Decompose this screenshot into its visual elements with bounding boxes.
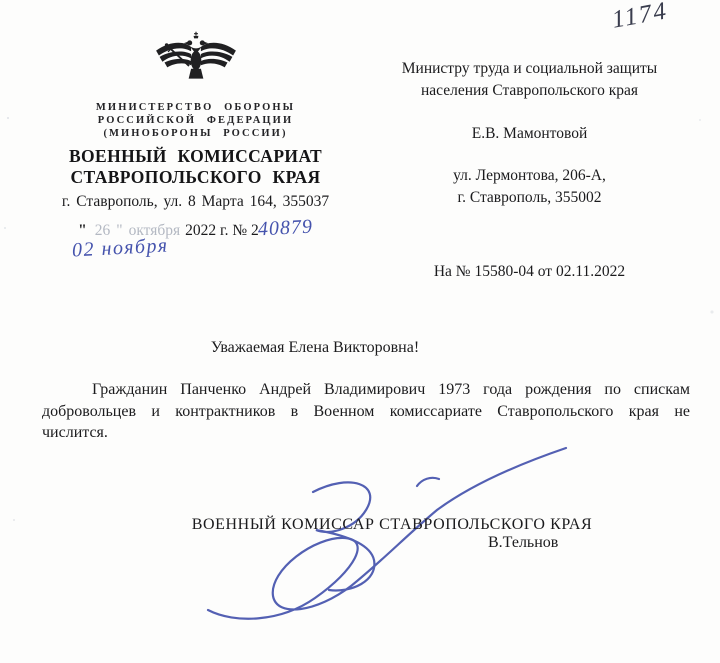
recipient-block: Министру труда и социальной защиты насел… bbox=[372, 58, 687, 283]
date-open-quote: " bbox=[78, 222, 87, 239]
greeting-line: Уважаемая Елена Викторовна! bbox=[42, 337, 588, 358]
recipient-address-line2: г. Ставрополь, 355002 bbox=[372, 187, 687, 209]
incoming-number-handwritten: 1174 bbox=[610, 0, 670, 35]
body-paragraph: Гражданин Панченко Андрей Владимирович 1… bbox=[42, 379, 690, 444]
org-name-line1: ВОЕННЫЙ КОМИССАРИАТ bbox=[28, 146, 363, 167]
scanned-letter-page: 1174 bbox=[0, 0, 720, 663]
signer-title: ВОЕННЫЙ КОМИССАР СТАВРОПОЛЬСКОГО КРАЯ bbox=[178, 516, 606, 534]
signer-name: В.Тельнов bbox=[488, 534, 588, 552]
paragraph-line: добровольцев и контрактников в Военном к… bbox=[42, 401, 690, 423]
faint-printed-day: 26 bbox=[95, 222, 111, 239]
letterhead-block: МИНИСТЕРСТВО ОБОРОНЫ РОССИЙСКОЙ ФЕДЕРАЦИ… bbox=[28, 30, 363, 241]
org-name-line2: СТАВРОПОЛЬСКОГО КРАЯ bbox=[28, 167, 363, 188]
ministry-name-line2: РОССИЙСКОЙ ФЕДЕРАЦИИ bbox=[28, 114, 363, 127]
org-address: г. Ставрополь, ул. 8 Марта 164, 355037 bbox=[28, 193, 363, 211]
paragraph-line: Гражданин Панченко Андрей Владимирович 1… bbox=[42, 379, 690, 401]
printed-year-number: 2022 г. № 2 bbox=[185, 222, 259, 239]
mod-eagle-emblem-icon bbox=[154, 30, 238, 88]
outgoing-number-handwritten: 40879 bbox=[257, 216, 313, 242]
ministry-name-line3: (МИНОБОРОНЫ РОССИИ) bbox=[28, 127, 363, 140]
ministry-name-line1: МИНИСТЕРСТВО ОБОРОНЫ bbox=[28, 101, 363, 114]
recipient-title-line2: населения Ставропольского края bbox=[372, 80, 687, 102]
recipient-name: Е.В. Мамонтовой bbox=[372, 123, 687, 145]
recipient-address-line1: ул. Лермонтова, 206-А, bbox=[372, 165, 687, 187]
org-name-block: ВОЕННЫЙ КОМИССАРИАТ СТАВРОПОЛЬСКОГО КРАЯ bbox=[28, 146, 363, 188]
recipient-title-line1: Министру труда и социальной защиты bbox=[372, 58, 687, 80]
letter-body: Уважаемая Елена Викторовна! Гражданин Па… bbox=[42, 337, 690, 444]
outgoing-date-number-line: "26"октября2022 г. № 240879 bbox=[28, 218, 363, 241]
reference-number-line: На № 15580-04 от 02.11.2022 bbox=[372, 261, 687, 283]
date-correction-handwritten: 02 ноября bbox=[71, 234, 169, 262]
